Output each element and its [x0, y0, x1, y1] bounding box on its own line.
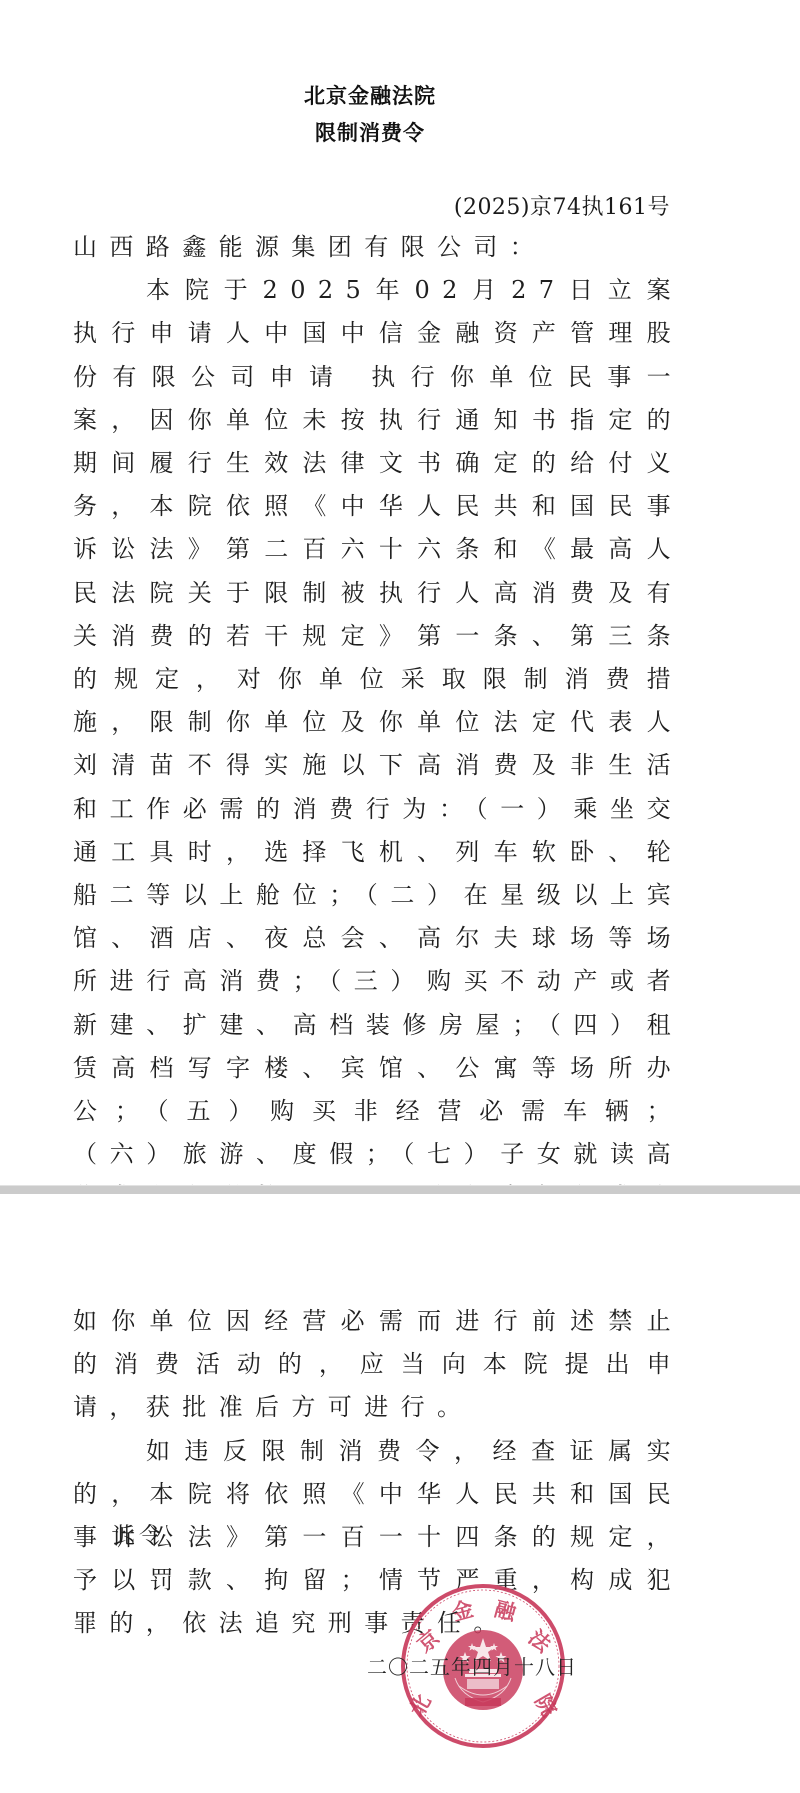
svg-text:金: 金 [449, 1597, 475, 1626]
page-divider [0, 1185, 800, 1194]
order-paragraph-business-exception: 如你单位因经营必需而进行前述禁止的消费活动的，应当向本院提出申请，获批准后方可进… [73, 1300, 683, 1430]
order-body-page-2: 如你单位因经营必需而进行前述禁止的消费活动的，应当向本院提出申请，获批准后方可进… [73, 1300, 683, 1646]
svg-text:融: 融 [492, 1597, 519, 1626]
document-page-1: 北京金融法院 限制消费令 (2025)京74执161号 山西路鑫能源集团有限公司… [0, 0, 800, 1185]
sign-off: 此令 [113, 1522, 165, 1552]
addressee: 山西路鑫能源集团有限公司： [73, 226, 683, 269]
case-number: (2025)京74执161号 [454, 193, 670, 223]
issue-date: 二〇二五年四月十八日 [367, 1652, 577, 1682]
order-title: 限制消费令 [0, 118, 740, 148]
court-name-title: 北京金融法院 [0, 81, 740, 111]
